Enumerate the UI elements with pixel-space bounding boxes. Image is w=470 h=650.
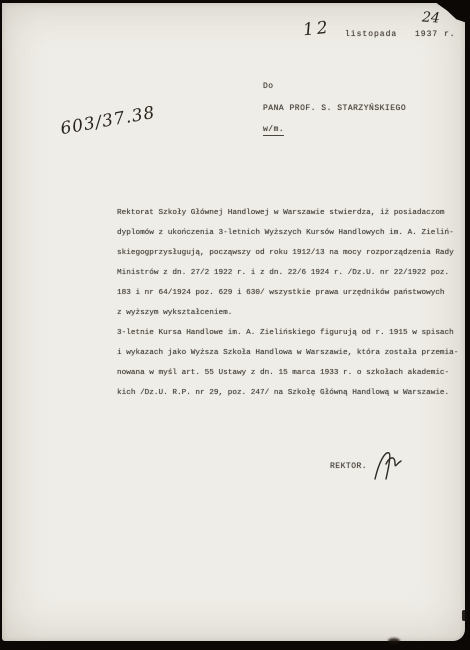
scanned-letter-page: 12 listopada 1937 r. 24 Do PANA PROF. S.… [0,0,470,650]
body-line: Ministrów z dn. 27/2 1922 r. i z dn. 22/… [117,263,462,283]
recipient-location: w/m. [263,125,284,136]
body-line: skiegogprzysługują, począwszy od roku 19… [117,243,462,263]
body-line: nowana w myśl art. 55 Ustawy z dn. 15 ma… [117,363,462,383]
reference-number-handwritten: 603/37.38 [59,103,157,139]
handwritten-signature [370,447,412,489]
body-paragraph: Rektorat Szkoły Głównej Handlowej w Wars… [117,203,462,403]
body-line: 183 i nr 64/1924 poz. 629 i 630/ wszystk… [117,283,462,303]
scan-bottom-smudge-artifact [388,638,400,644]
body-line: i wykazach jako Wyższa Szkoła Handlowa w… [117,343,462,363]
body-line: dyplomów z ukończenia 3-letnich Wyższych… [117,223,462,243]
body-line: kich /Dz.U. R.P. nr 29, poz. 247/ na Szk… [117,383,462,403]
handwritten-day-number: 12 [302,18,332,41]
signature-title: REKTOR. [330,462,367,471]
body-line: 3-letnie Kursa Handlowe im. A. Zieliński… [117,323,462,343]
recipient-name: PANA PROF. S. STARZYŃSKIEGO [263,104,406,113]
month-label: listopada [345,30,397,39]
scan-edge-notch-artifact [462,610,467,621]
body-line: z wyższym wykształceniem. [117,303,462,323]
year-label: 1937 r. [415,30,456,39]
corner-page-number: 24 [421,9,440,26]
paper-sheet: 12 listopada 1937 r. 24 Do PANA PROF. S.… [2,3,465,641]
recipient-salutation: Do [263,82,274,91]
body-line: Rektorat Szkoły Głównej Handlowej w Wars… [117,203,462,223]
